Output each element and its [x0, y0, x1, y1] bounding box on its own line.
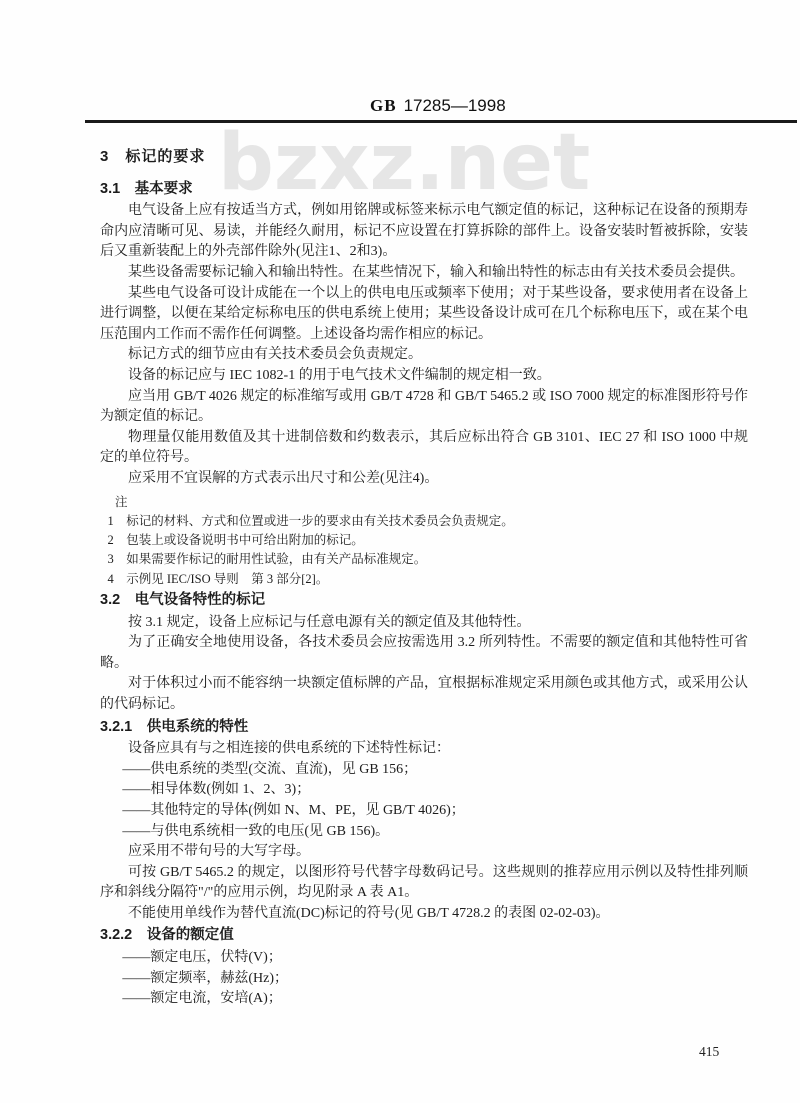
paragraph: 应当用 GB/T 4026 规定的标准缩写或用 GB/T 4728 和 GB/T…	[100, 387, 748, 428]
paragraph: 不能使用单线作为替代直流(DC)标记的符号(见 GB/T 4728.2 的表图 …	[100, 904, 748, 925]
dash-list-item: ——供电系统的类型(交流、直流)，见 GB 156；	[100, 760, 748, 781]
note-item: 1 标记的材料、方式和位置或进一步的要求由有关技术委员会负责规定。	[100, 512, 748, 531]
clause-3-heading: 3 标记的要求	[100, 147, 748, 168]
clause-3-2-2-heading: 3.2.2 设备的额定值	[100, 925, 748, 946]
note-item: 2 包装上或设备说明书中可给出附加的标记。	[100, 531, 748, 550]
paragraph: 电气设备上应有按适当方式，例如用铭牌或标签来标示电气额定值的标记，这种标记在设备…	[100, 201, 748, 263]
paragraph: 应采用不宜误解的方式表示出尺寸和公差(见注4)。	[100, 469, 748, 490]
paragraph: 为了正确安全地使用设备，各技术委员会应按需选用 3.2 所列特性。不需要的额定值…	[100, 633, 748, 674]
standard-code-prefix: GB	[370, 96, 397, 115]
standard-code-number: 17285—1998	[404, 96, 506, 115]
dash-list-item: ——其他特定的导体(例如 N、M、PE，见 GB/T 4026)；	[100, 801, 748, 822]
paragraph: 某些设备需要标记输入和输出特性。在某些情况下，输入和输出特性的标志由有关技术委员…	[100, 263, 748, 284]
note-item: 4 示例见 IEC/ISO 导则 第 3 部分[2]。	[100, 570, 748, 589]
note-item: 3 如果需要作标记的耐用性试验，由有关产品标准规定。	[100, 550, 748, 569]
clause-3-2-1-heading: 3.2.1 供电系统的特性	[100, 717, 748, 738]
document-body: 3 标记的要求 3.1 基本要求 电气设备上应有按适当方式，例如用铭牌或标签来标…	[100, 147, 748, 1010]
header-divider	[85, 120, 797, 123]
clause-3-1-heading: 3.1 基本要求	[100, 179, 748, 200]
standard-code-header: GB17285—1998	[370, 96, 506, 116]
paragraph: 可按 GB/T 5465.2 的规定，以图形符号代替字母数码记号。这些规则的推荐…	[100, 863, 748, 904]
page-number: 415	[699, 1044, 719, 1060]
dash-list-item: ——与供电系统相一致的电压(见 GB 156)。	[100, 822, 748, 843]
paragraph: 某些电气设备可设计成能在一个以上的供电电压或频率下使用；对于某些设备，要求使用者…	[100, 284, 748, 346]
paragraph: 按 3.1 规定，设备上应标记与任意电源有关的额定值及其他特性。	[100, 613, 748, 634]
paragraph: 设备应具有与之相连接的供电系统的下述特性标记：	[100, 739, 748, 760]
paragraph: 对于体积过小而不能容纳一块额定值标牌的产品，宜根据标准规定采用颜色或其他方式，或…	[100, 674, 748, 715]
dash-list-item: ——额定电压，伏特(V)；	[100, 948, 748, 969]
document-page: bzxz.net GB17285—1998 3 标记的要求 3.1 基本要求 电…	[0, 0, 800, 1103]
clause-3-2-heading: 3.2 电气设备特性的标记	[100, 590, 748, 611]
paragraph: 应采用不带句号的大写字母。	[100, 842, 748, 863]
dash-list-item: ——额定频率，赫兹(Hz)；	[100, 969, 748, 990]
paragraph: 物理量仅能用数值及其十进制倍数和约数表示，其后应标出符合 GB 3101、IEC…	[100, 428, 748, 469]
notes-label: 注	[100, 493, 748, 512]
dash-list-item: ——额定电流，安培(A)；	[100, 989, 748, 1010]
paragraph: 设备的标记应与 IEC 1082-1 的用于电气技术文件编制的规定相一致。	[100, 366, 748, 387]
paragraph: 标记方式的细节应由有关技术委员会负责规定。	[100, 345, 748, 366]
dash-list-item: ——相导体数(例如 1、2、3)；	[100, 780, 748, 801]
